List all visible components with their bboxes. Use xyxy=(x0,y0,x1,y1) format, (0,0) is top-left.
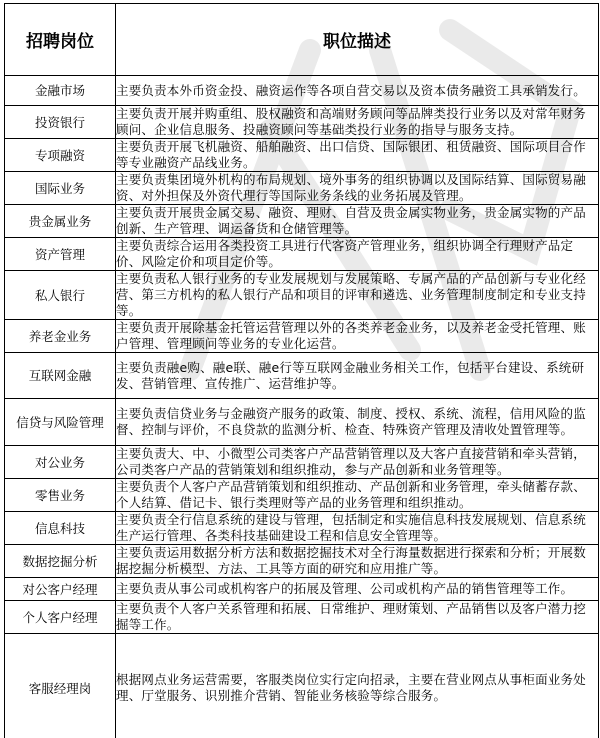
header-description: 职位描述 xyxy=(116,4,599,76)
table-row: 金融市场主要负责本外币资金投、融资运作等各项自营交易以及资本债务融资工具承销发行… xyxy=(5,76,599,106)
description-cell: 主要负责大、中、小微型公司类客户产品营销管理以及大客户直接营销和牵头营销，公司类… xyxy=(116,446,599,479)
description-cell: 主要负责开展贵金属交易、融资、理财、自营及贵金属实物业务，贵金属实物的产品创新、… xyxy=(116,205,599,238)
description-cell: 主要负责开展飞机融资、船舶融资、出口信贷、国际银团、租赁融资、国际项目合作等专业… xyxy=(116,139,599,172)
position-cell: 资产管理 xyxy=(5,238,116,271)
position-cell: 私人银行 xyxy=(5,271,116,320)
table-row: 对公客户经理主要负责从事公司或机构客户的拓展及管理、公司或机构产品的销售管理等工… xyxy=(5,578,599,601)
position-cell: 个人客户经理 xyxy=(5,601,116,634)
header-position: 招聘岗位 xyxy=(5,4,116,76)
table-row: 养老金业务主要负责开展除基金托管运营管理以外的各类养老金业务，以及养老金受托管理… xyxy=(5,320,599,353)
description-cell: 主要负责私人银行业务的专业发展规划与发展策略、专属产品的产品创新与专业化经营、第… xyxy=(116,271,599,320)
description-cell: 主要负责开展除基金托管运营管理以外的各类养老金业务，以及养老金受托管理、账户管理… xyxy=(116,320,599,353)
description-cell: 主要负责综合运用各类投资工具进行代客资产管理业务，组织协调全行理财产品定价、风险… xyxy=(116,238,599,271)
position-cell: 国际业务 xyxy=(5,172,116,205)
description-cell: 主要负责个人客户关系管理和拓展、日常维护、理财策划、产品销售以及客户潜力挖掘等工… xyxy=(116,601,599,634)
table-row: 对公业务主要负责大、中、小微型公司类客户产品营销管理以及大客户直接营销和牵头营销… xyxy=(5,446,599,479)
table-row: 个人客户经理主要负责个人客户关系管理和拓展、日常维护、理财策划、产品销售以及客户… xyxy=(5,601,599,634)
position-cell: 数据挖掘分析 xyxy=(5,545,116,578)
position-cell: 客服经理岗 xyxy=(5,634,116,738)
position-cell: 互联网金融 xyxy=(5,353,116,399)
position-cell: 信贷与风险管理 xyxy=(5,399,116,446)
description-cell: 根据网点业务运营需要，客服类岗位实行定向招录，主要在营业网点从事柜面业务处理、厅… xyxy=(116,634,599,738)
position-cell: 对公客户经理 xyxy=(5,578,116,601)
description-cell: 主要负责从事公司或机构客户的拓展及管理、公司或机构产品的销售管理等工作。 xyxy=(116,578,599,601)
position-cell: 专项融资 xyxy=(5,139,116,172)
table-row: 专项融资主要负责开展飞机融资、船舶融资、出口信贷、国际银团、租赁融资、国际项目合… xyxy=(5,139,599,172)
table-row: 国际业务主要负责集团境外机构的布局规划、境外事务的组织协调以及国际结算、国际贸易… xyxy=(5,172,599,205)
description-cell: 主要负责信贷业务与金融资产服务的政策、制度、授权、系统、流程，信用风险的监督、控… xyxy=(116,399,599,446)
table-row: 数据挖掘分析主要负责运用数据分析方法和数据挖掘技术对全行海量数据进行探索和分析；… xyxy=(5,545,599,578)
table-header-row: 招聘岗位 职位描述 xyxy=(5,4,599,76)
table-row: 互联网金融主要负责融e购、融e联、融e行等互联网金融业务相关工作，包括平台建设、… xyxy=(5,353,599,399)
table-row: 资产管理主要负责综合运用各类投资工具进行代客资产管理业务，组织协调全行理财产品定… xyxy=(5,238,599,271)
description-cell: 主要负责融e购、融e联、融e行等互联网金融业务相关工作，包括平台建设、系统研发、… xyxy=(116,353,599,399)
description-cell: 主要负责全行信息系统的建设与管理，包括制定和实施信息科技发展规划、信息系统生产运… xyxy=(116,512,599,545)
table-row: 私人银行主要负责私人银行业务的专业发展规划与发展策略、专属产品的产品创新与专业化… xyxy=(5,271,599,320)
position-cell: 金融市场 xyxy=(5,76,116,106)
description-cell: 主要负责运用数据分析方法和数据挖掘技术对全行海量数据进行探索和分析；开展数据挖掘… xyxy=(116,545,599,578)
position-cell: 养老金业务 xyxy=(5,320,116,353)
table-row: 信贷与风险管理主要负责信贷业务与金融资产服务的政策、制度、授权、系统、流程，信用… xyxy=(5,399,599,446)
table-body: 金融市场主要负责本外币资金投、融资运作等各项自营交易以及资本债务融资工具承销发行… xyxy=(5,76,599,738)
table-row: 信息科技主要负责全行信息系统的建设与管理，包括制定和实施信息科技发展规划、信息系… xyxy=(5,512,599,545)
description-cell: 主要负责个人客户产品营销策划和组织推动、产品创新和业务管理，牵头储蓄存款、个人结… xyxy=(116,479,599,512)
description-cell: 主要负责开展并购重组、股权融资和高端财务顾问等品牌类投行业务以及对常年财务顾问、… xyxy=(116,106,599,139)
table-row: 投资银行主要负责开展并购重组、股权融资和高端财务顾问等品牌类投行业务以及对常年财… xyxy=(5,106,599,139)
table-row: 贵金属业务主要负责开展贵金属交易、融资、理财、自营及贵金属实物业务，贵金属实物的… xyxy=(5,205,599,238)
position-cell: 对公业务 xyxy=(5,446,116,479)
table-row: 零售业务主要负责个人客户产品营销策划和组织推动、产品创新和业务管理，牵头储蓄存款… xyxy=(5,479,599,512)
description-cell: 主要负责集团境外机构的布局规划、境外事务的组织协调以及国际结算、国际贸易融资、对… xyxy=(116,172,599,205)
job-positions-table: 招聘岗位 职位描述 金融市场主要负责本外币资金投、融资运作等各项自营交易以及资本… xyxy=(4,3,599,738)
description-cell: 主要负责本外币资金投、融资运作等各项自营交易以及资本债务融资工具承销发行。 xyxy=(116,76,599,106)
position-cell: 投资银行 xyxy=(5,106,116,139)
position-cell: 贵金属业务 xyxy=(5,205,116,238)
position-cell: 信息科技 xyxy=(5,512,116,545)
table-row: 客服经理岗根据网点业务运营需要，客服类岗位实行定向招录，主要在营业网点从事柜面业… xyxy=(5,634,599,738)
position-cell: 零售业务 xyxy=(5,479,116,512)
